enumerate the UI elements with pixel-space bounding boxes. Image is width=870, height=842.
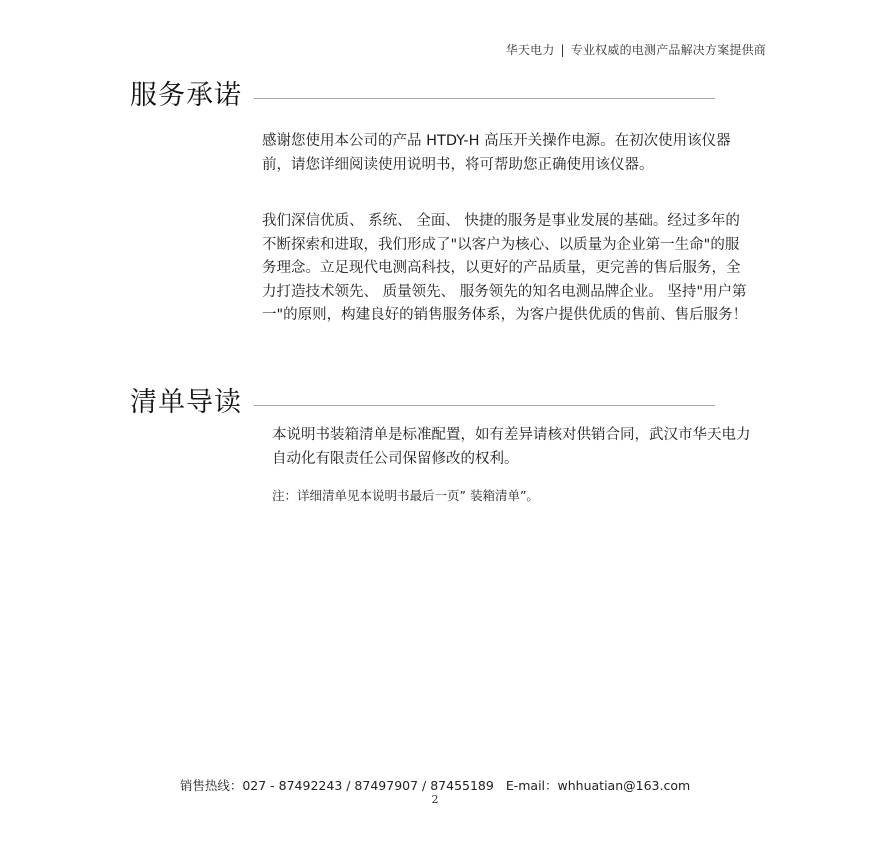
header-separator: | <box>561 43 565 57</box>
section-title: 清单导读 <box>130 389 242 416</box>
footer-email: E-mail：whhuatian@163.com <box>506 778 690 793</box>
packing-list-note: 注：详细清单见本说明书最后一页” 装箱清单”。 <box>272 486 539 504</box>
page-header: 华天电力|专业权威的电测产品解决方案提供商 <box>506 41 766 58</box>
header-company: 华天电力 <box>506 43 555 57</box>
page-number: 2 <box>0 793 870 806</box>
header-tagline: 专业权威的电测产品解决方案提供商 <box>571 43 766 57</box>
service-paragraph-1: 感谢您使用本公司的产品 HTDY-H 高压开关操作电源。在初次使用该仪器前，请您… <box>262 130 752 177</box>
service-paragraph-2: 我们深信优质、 系统、 全面、 快捷的服务是事业发展的基础。经过多年的不断探索和… <box>262 210 752 328</box>
section-divider <box>254 405 715 406</box>
section-heading-service-commitment: 服务承诺 <box>130 82 715 109</box>
section-heading-packing-list-guide: 清单导读 <box>130 389 715 416</box>
section-divider <box>254 98 715 99</box>
page-footer: 销售热线：027 - 87492243 / 87497907 / 8745518… <box>0 776 870 794</box>
footer-hotline: 销售热线：027 - 87492243 / 87497907 / 8745518… <box>180 778 494 793</box>
packing-list-paragraph: 本说明书装箱清单是标准配置，如有差异请核对供销合同，武汉市华天电力自动化有限责任… <box>272 424 752 471</box>
section-title: 服务承诺 <box>130 82 242 109</box>
